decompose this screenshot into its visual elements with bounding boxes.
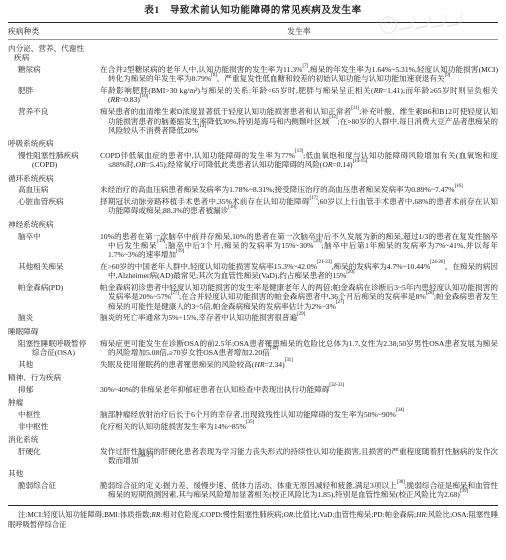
disease-row: 高血压病未经治疗的高血压病患者痴呆发病率为1.78%~8.31%;接受降压治疗的… [8, 185, 498, 194]
table-title: 表1 导致术前认知功能障碍的常见疾病及发生率 [8, 5, 498, 18]
disease-row: 中枢性脑部肿瘤经放射治疗后长于6个月的幸存者,出现致残性认知功能障碍的发生率为5… [8, 410, 498, 419]
table-top-rule [8, 22, 498, 23]
disease-name: 慢性阻塞性肺疾病(COPD) [18, 151, 90, 170]
incidence-text: 化疗相关的认知功能损害发生率为14%~85%[35] [100, 422, 498, 431]
category-label: 其他 [8, 469, 88, 478]
incidence-text: 择期冠状动脉旁路移植手术患者中,35%术前存在认知功能障碍[17];60岁以上行… [100, 197, 498, 216]
disease-row: 肝硬化发作过肝性脑病的肝硬化患者表现为学习能力丧失形式的持续性认知功能损害,且损… [8, 447, 498, 466]
disease-name: 脆弱综合征 [18, 481, 90, 490]
disease-name: 营养不良 [18, 107, 90, 116]
category-label: 神经系统疾病 [8, 220, 88, 229]
disease-row: 其他失眠及使用催眠药的患者罹患痴呆的风险较高(HR=2.34)[31] [8, 360, 498, 369]
disease-row: 其他相关痴呆在>60岁的中国老年人群中,轻度认知功能损害发病率15.3%~42.… [8, 262, 498, 281]
disease-row: 脑卒中10%的患者在第一次脑卒中前并存痴呆,10%的患者在第一次脑卒中后不久发展… [8, 232, 498, 260]
incidence-text: 30%~40%的非痴呆老年抑郁症患者在认知检查中表现出执行功能障碍[32-33] [100, 385, 498, 394]
disease-row: 慢性阻塞性肺疾病(COPD)COPD伴低氧血症的患者中,认知功能障碍的发生率为7… [8, 151, 498, 170]
category-label: 消化系统 [8, 435, 88, 444]
disease-row: 心脏血管疾病择期冠状动脉旁路移植手术患者中,35%术前存在认知功能障碍[17];… [8, 197, 498, 216]
disease-row: 非中枢性化疗相关的认知功能损害发生率为14%~85%[35] [8, 422, 498, 431]
incidence-text: 痴呆症更可能发生在诊断OSA的前2.5年;OSA患者罹患痴呆的危险比总体为1.7… [100, 339, 498, 358]
incidence-text: 10%的患者在第一次脑卒中前并存痴呆,10%的患者在第一次脑卒中后不久发展为新的… [100, 232, 498, 260]
incidence-text: 帕金森病初诊患者中轻度认知功能损害的发生率是健康老年人的两倍;帕金森病在诊断后3… [100, 283, 498, 311]
journal-table-page: 表1 导致术前认知功能障碍的常见疾病及发生率 疾病种类 发生率 内分泌、营养、代… [0, 0, 506, 560]
disease-row: 营养不良痴呆患者的血清维生素D浓度显著低于轻度认知功能损害患者和认知正常者[11… [8, 107, 498, 135]
disease-row: 阻塞性睡眠呼吸暂停综合征(OSA)痴呆症更可能发生在诊断OSA的前2.5年;OS… [8, 339, 498, 358]
incidence-text: 失眠及使用催眠药的患者罹患痴呆的风险较高(HR=2.34)[31] [100, 360, 498, 369]
table-header-row: 疾病种类 发生率 [8, 27, 498, 36]
category-label: 循环系统疾病 [8, 174, 88, 183]
category-label: 内分泌、营养、代谢性疾病 [8, 44, 88, 63]
disease-name: 其他 [18, 360, 90, 369]
disease-row: 帕金森病(PD)帕金森病初诊患者中轻度认知功能损害的发生率是健康老年人的两倍;帕… [8, 283, 498, 311]
category-label: 睡眠障碍 [8, 327, 88, 336]
incidence-text: 在合并2型糖尿病的老年人中,认知功能损害的发生率为11.3%[7],痴呆的年发生… [100, 65, 498, 84]
disease-name: 其他相关痴呆 [18, 262, 90, 271]
incidence-text: COPD伴低氧血症的患者中,认知功能障碍的发生率为77%[13];低血氧饱和度与… [100, 151, 498, 170]
incidence-text: 在>60岁的中国老年人群中,轻度认知功能损害发病率15.3%~42.0%[21-… [100, 262, 498, 281]
disease-name: 脑炎 [18, 313, 90, 322]
disease-row: 肥胖年龄影响肥胖(BMI>30 kg/m²)与痴呆的关系:年龄<65岁时,肥胖与… [8, 86, 498, 105]
disease-name: 抑郁 [18, 385, 90, 394]
incidence-text: 发作过肝性脑病的肝硬化患者表现为学习能力丧失形式的持续性认知功能损害,且损害的严… [100, 447, 498, 466]
incidence-text: 脆弱综合征的定义:握力差、缓慢步速、低体力活动、体重无原因减轻和疲惫,满足3项以… [100, 481, 498, 500]
incidence-text: 脑部肿瘤经放射治疗后长于6个月的幸存者,出现致残性认知功能障碍的发生率为50%~… [100, 410, 498, 419]
incidence-text: 年龄影响肥胖(BMI>30 kg/m²)与痴呆的关系:年龄<65岁时,肥胖与痴呆… [100, 86, 498, 105]
incidence-text: 脑炎的死亡率通常为5%~15%,幸存者中认知功能损害很普遍[29] [100, 313, 498, 322]
disease-name: 心脏血管疾病 [18, 197, 90, 206]
disease-row: 脑炎脑炎的死亡率通常为5%~15%,幸存者中认知功能损害很普遍[29] [8, 313, 498, 322]
incidence-text: 未经治疗的高血压病患者痴呆发病率为1.78%~8.31%;接受降压治疗的高血压患… [100, 185, 498, 194]
category-label: 精神、行为疾病 [8, 373, 88, 382]
disease-row: 糖尿病在合并2型糖尿病的老年人中,认知功能损害的发生率为11.3%[7],痴呆的… [8, 65, 498, 84]
disease-row: 抑郁30%~40%的非痴呆老年抑郁症患者在认知检查中表现出执行功能障碍[32-3… [8, 385, 498, 394]
disease-name: 肥胖 [18, 86, 90, 95]
disease-name: 帕金森病(PD) [18, 283, 90, 292]
disease-name: 脑卒中 [18, 232, 90, 241]
disease-name: 非中枢性 [18, 422, 90, 431]
disease-name: 糖尿病 [18, 65, 90, 74]
table-body: 内分泌、营养、代谢性疾病糖尿病在合并2型糖尿病的老年人中,认知功能损害的发生率为… [8, 44, 498, 500]
category-label: 肿瘤 [8, 398, 88, 407]
disease-name: 中枢性 [18, 410, 90, 419]
table-footnote: 注:MCI:轻度认知功能障碍;BMI:体质指数;RR:相对危险度;COPD:慢性… [8, 510, 498, 531]
disease-row: 脆弱综合征脆弱综合征的定义:握力差、缓慢步速、低体力活动、体重无原因减轻和疲惫,… [8, 481, 498, 500]
disease-name: 高血压病 [18, 185, 90, 194]
table-bottom-rule [8, 505, 498, 506]
disease-name: 阻塞性睡眠呼吸暂停综合征(OSA) [18, 339, 90, 358]
table-header-rule [8, 39, 498, 40]
incidence-text: 痴呆患者的血清维生素D浓度显著低于轻度认知功能损害患者和认知正常者[11];补充… [100, 107, 498, 135]
column-header-incidence-rate: 发生率 [100, 27, 498, 36]
column-header-disease-type: 疾病种类 [8, 27, 100, 36]
category-label: 呼吸系统疾病 [8, 139, 88, 148]
disease-name: 肝硬化 [18, 447, 90, 456]
